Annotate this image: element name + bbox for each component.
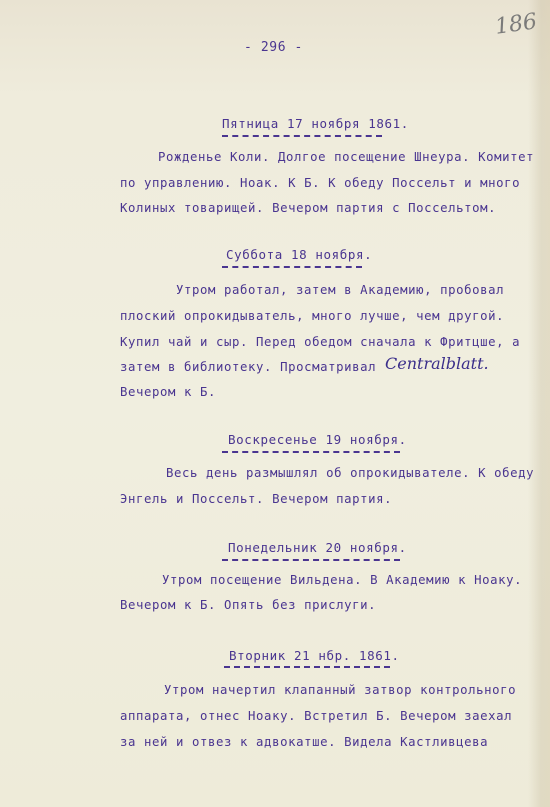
heading-underline — [222, 451, 400, 453]
entry-line: Энгель и Поссельт. Вечером партия. — [120, 492, 392, 506]
entry-line: за ней и отвез к адвокатше. Видела Кастл… — [120, 735, 488, 749]
entry-line: плоский опрокидыватель, много лучше, чем… — [120, 309, 504, 323]
entry-line: Вечером к Б. Опять без прислуги. — [120, 598, 376, 612]
entry-line: Весь день размышлял об опрокидывателе. К… — [166, 466, 534, 480]
entry-line: Вечером к Б. — [120, 385, 216, 399]
entry-line: по управлению. Ноак. К Б. К обеду Поссел… — [120, 176, 520, 190]
entry-line: Купил чай и сыр. Перед обедом сначала к … — [120, 335, 520, 349]
heading-underline — [222, 135, 382, 137]
entry-heading: Понедельник 20 ноября. — [228, 540, 407, 555]
entry-heading: Воскресенье 19 ноября. — [228, 432, 407, 447]
handwritten-insert: Centralblatt. — [385, 354, 489, 373]
entry-line: Колиных товарищей. Вечером партия с Посс… — [120, 201, 496, 215]
entry-heading: Вторник 21 нбр. 1861. — [229, 648, 400, 663]
page-number: - 296 - — [244, 40, 303, 55]
entry-line: затем в библиотеку. Просматривал — [120, 360, 376, 374]
heading-underline — [222, 266, 362, 268]
entry-line: Утром начертил клапанный затвор контроль… — [164, 683, 516, 697]
entry-line: Рожденье Коли. Долгое посещение Шнеура. … — [158, 150, 534, 164]
entry-line: аппарата, отнес Ноаку. Встретил Б. Вечер… — [120, 709, 512, 723]
entry-heading: Пятница 17 ноября 1861. — [222, 116, 409, 131]
entry-line: Утром посещение Вильдена. В Академию к Н… — [162, 573, 522, 587]
archive-number-handwritten: 186 — [493, 9, 538, 40]
entry-heading: Суббота 18 ноября. — [226, 247, 372, 262]
entry-line: Утром работал, затем в Академию, пробова… — [176, 283, 504, 297]
document-page: - 296 - 186 Пятница 17 ноября 1861. Рожд… — [0, 0, 550, 807]
heading-underline — [222, 559, 400, 561]
heading-underline — [224, 666, 390, 668]
